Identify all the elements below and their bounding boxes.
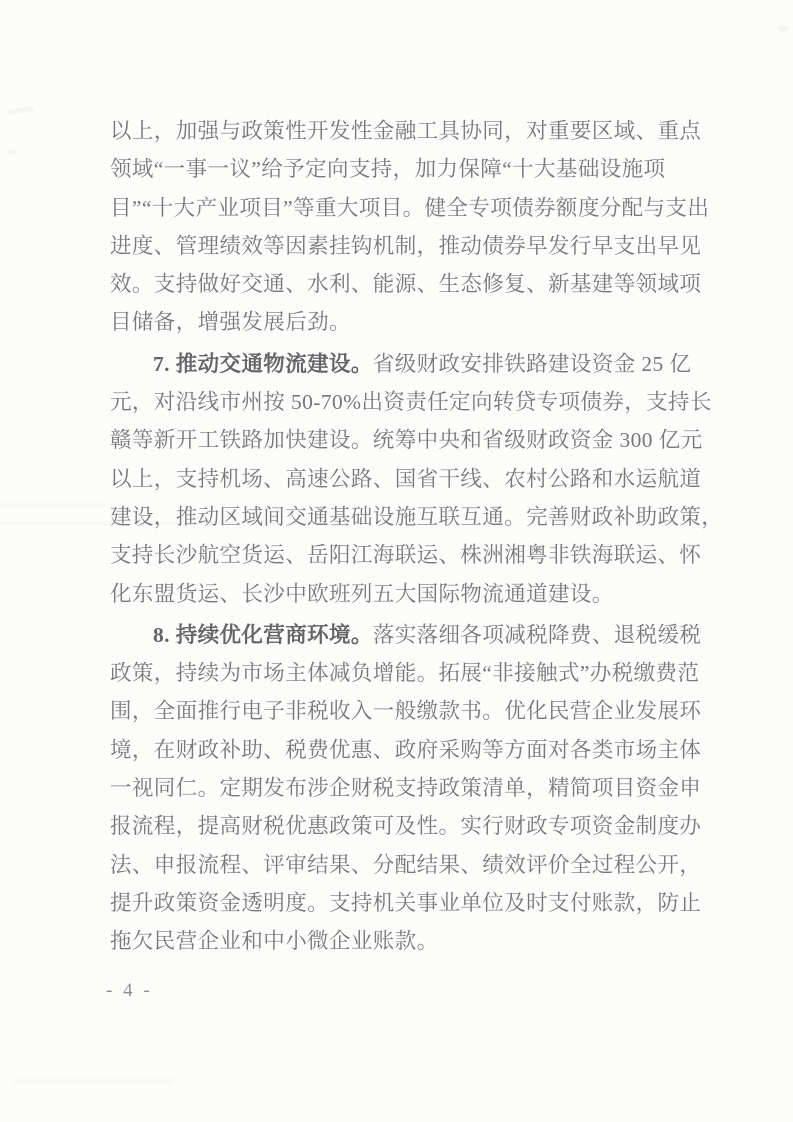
- text-line: 政策，持续为市场主体减负增能。拓展“非接触式”办税缴费范: [110, 654, 663, 692]
- page-number: - 4 -: [106, 980, 153, 1002]
- text-line: 围，全面推行电子非税收入一般缴款书。优化民营企业发展环: [110, 692, 663, 730]
- text-line: 进度、管理绩效等因素挂钩机制，推动债券早发行早支出早见: [110, 227, 663, 265]
- text-line: 赣等新开工铁路加快建设。统筹中央和省级财政资金 300 亿元: [110, 421, 663, 459]
- text-line: 效。支持做好交通、水利、能源、生态修复、新基建等领域项: [110, 265, 663, 303]
- text-line: 元，对沿线市州按 50-70%出资责任定向转贷专项债券，支持长: [110, 383, 663, 421]
- text-line: 报流程，提高财税优惠政策可及性。实行财政专项资金制度办: [110, 807, 663, 845]
- item-8-heading: 8. 持续优化营商环境。: [153, 623, 373, 647]
- text-line: 提升政策资金透明度。支持机关事业单位及时支付账款，防止: [110, 884, 663, 922]
- text-line: 建设，推动区域间交通基础设施互联互通。完善财政补助政策，: [110, 498, 663, 536]
- text-line: 以上，支持机场、高速公路、国省干线、农村公路和水运航道: [110, 460, 663, 498]
- scan-artifact: [0, 503, 105, 508]
- body-text: 以上，加强与政策性开发性金融工具协同，对重要区域、重点 领域“一事一议”给予定向…: [110, 112, 663, 961]
- text-line: 拖欠民营企业和中小微企业账款。: [110, 922, 663, 960]
- paragraph-continuation: 以上，加强与政策性开发性金融工具协同，对重要区域、重点 领域“一事一议”给予定向…: [110, 112, 663, 342]
- text-line: 领域“一事一议”给予定向支持，加力保障“十大基础设施项: [110, 150, 663, 188]
- item-8-first-line-text: 落实落细各项减税降费、退税缓税: [373, 623, 702, 647]
- text-line: 目储备，增强发展后劲。: [110, 303, 663, 341]
- item-7-heading: 7. 推动交通物流建设。: [153, 352, 373, 376]
- text-line: 8. 持续优化营商环境。落实落细各项减税降费、退税缓税: [110, 616, 663, 654]
- list-item-7: 7. 推动交通物流建设。省级财政安排铁路建设资金 25 亿 元，对沿线市州按 5…: [110, 345, 663, 613]
- scan-artifact: [14, 1078, 174, 1085]
- list-item-8: 8. 持续优化营商环境。落实落细各项减税降费、退税缓税 政策，持续为市场主体减负…: [110, 616, 663, 961]
- text-line: 目”“十大产业项目”等重大项目。健全专项债券额度分配与支出: [110, 189, 663, 227]
- text-line: 7. 推动交通物流建设。省级财政安排铁路建设资金 25 亿: [110, 345, 663, 383]
- item-7-first-line-text: 省级财政安排铁路建设资金 25 亿: [373, 352, 692, 376]
- document-page: 以上，加强与政策性开发性金融工具协同，对重要区域、重点 领域“一事一议”给予定向…: [0, 0, 793, 1122]
- scan-artifact: [8, 106, 34, 114]
- text-line: 以上，加强与政策性开发性金融工具协同，对重要区域、重点: [110, 112, 663, 150]
- text-line: 一视同仁。定期发布涉企财税支持政策清单，精简项目资金申: [110, 769, 663, 807]
- scan-artifact: [779, 26, 788, 32]
- text-line: 法、申报流程、评审结果、分配结果、绩效评价全过程公开，: [110, 846, 663, 884]
- scan-artifact: [6, 150, 17, 154]
- text-line: 境，在财政补助、税费优惠、政府采购等方面对各类市场主体: [110, 731, 663, 769]
- text-line: 化东盟货运、长沙中欧班列五大国际物流通道建设。: [110, 575, 663, 613]
- text-line: 支持长沙航空货运、岳阳江海联运、株洲湘粤非铁海联运、怀: [110, 536, 663, 574]
